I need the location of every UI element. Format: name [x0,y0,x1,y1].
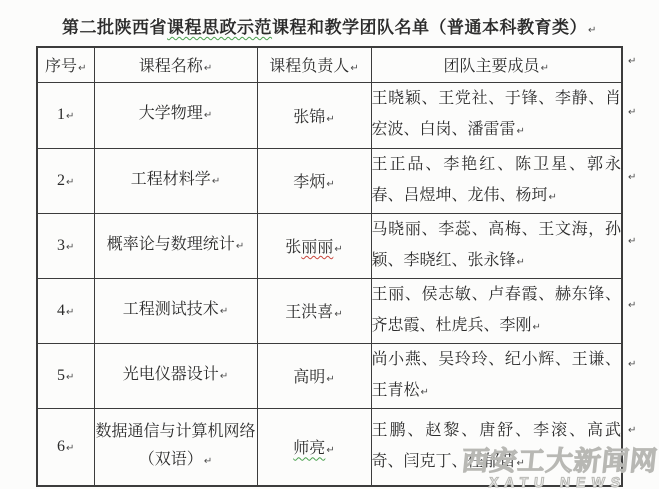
cell-leader: 高明↵ [257,343,371,408]
cell-course: 光电仪器设计↵ [94,343,257,408]
cell-members: 王丽、侯志敏、卢春霞、赫东锋、齐忠霞、杜虎兵、李刚↵ [371,278,622,343]
paragraph-mark-icon: ↵ [326,179,334,190]
document-page: { "page": { "title": { "pre": "第二批陕西省", … [0,0,659,489]
paragraph-mark-icon: ↵ [236,241,244,252]
course-name: 大学物理 [139,105,203,122]
watermark-chinese-text: 西安工大新闻网 [460,448,659,475]
cell-leader: 王洪喜↵ [257,278,371,343]
paragraph-mark-icon: ↵ [549,192,557,203]
cell-no: 2↵ [37,148,94,213]
paragraph-mark-icon: ↵ [541,63,549,74]
leader-name-spellcheck-marked: 师亮 [293,440,325,457]
leader-name: 高明 [293,369,325,386]
cell-leader: 张锦↵ [257,82,371,148]
cell-course: 大学物理↵ [94,82,257,148]
paragraph-mark-icon: ↵ [204,110,212,121]
cell-course: 工程测试技术↵ [94,278,257,343]
course-name: 数据通信与计算机网络（双语） [95,423,255,468]
course-name: 工程测试技术 [123,301,219,318]
end-of-row-mark: ↵ [628,172,636,183]
page-title: 第二批陕西省课程思政示范课程和教学团队名单（普通本科教育类）↵ [0,13,659,38]
col-header-label: 课程负责人 [269,58,349,75]
paragraph-mark-icon: ↵ [204,63,212,74]
cell-course: 数据通信与计算机网络（双语）↵ [94,408,257,486]
watermark-english-text: XATU NEWS [459,475,656,489]
paragraph-mark-icon: ↵ [78,63,86,74]
paragraph-mark-icon: ↵ [212,176,220,187]
col-header-label: 课程名称 [139,58,203,75]
leader-name: 王洪喜 [285,304,333,321]
leader-name: 李炳 [293,174,325,191]
paragraph-mark-icon: ↵ [350,63,358,74]
paragraph-mark-icon: ↵ [334,309,342,320]
title-text-wavy-underlined: 课程思政示范 [167,18,272,37]
paragraph-mark-icon: ↵ [220,306,228,317]
table-row: 5↵ 光电仪器设计↵ 高明↵ 尚小燕、吴玲玲、纪小辉、王谦、王青松↵ [37,343,622,408]
paragraph-mark-icon: ↵ [66,443,74,454]
end-of-row-mark: ↵ [628,56,636,67]
col-header-no: 序号↵ [37,47,94,82]
col-header-members: 团队主要成员↵ [371,47,622,82]
paragraph-mark-icon: ↵ [533,322,541,333]
leader-name-spellcheck-marked: 丽丽 [301,239,333,256]
paragraph-mark-icon: ↵ [204,456,212,467]
members-list: 马晓丽、李蕊、高梅、王文海，孙颖、李晓红、张永锋 [372,221,622,269]
paragraph-mark-icon: ↵ [66,111,74,122]
members-list: 王晓颖、王党社、于锋、李静、肖宏波、白岗、潘雷雷 [372,90,622,138]
paragraph-mark-icon: ↵ [326,114,334,125]
paragraph-mark-icon: ↵ [220,371,228,382]
leader-name: 张 [285,239,301,256]
end-of-row-mark: ↵ [628,236,636,247]
course-name: 概率论与数理统计 [107,236,235,253]
cell-members: 马晓丽、李蕊、高梅、王文海，孙颖、李晓红、张永锋↵ [371,213,622,278]
title-text-pre: 第二批陕西省 [62,18,167,37]
paragraph-mark-icon: ↵ [66,372,74,383]
cell-no: 5↵ [37,343,94,408]
row-number: 4 [57,302,65,319]
cell-members: 王正品、李艳红、陈卫星、郭永春、吕煜坤、龙伟、杨珂↵ [371,148,622,213]
cell-leader: 张丽丽↵ [257,213,371,278]
row-number: 3 [57,237,65,254]
cell-no: 3↵ [37,213,94,278]
end-of-row-mark: ↵ [628,359,636,370]
paragraph-mark-icon: ↵ [588,25,597,36]
table-header-row: 序号↵ 课程名称↵ 课程负责人↵ 团队主要成员↵ [37,47,622,82]
site-watermark: 西安工大新闻网 XATU NEWS [459,448,659,489]
paragraph-mark-icon: ↵ [517,257,525,268]
col-header-label: 序号 [45,58,77,75]
cell-no: 6↵ [37,408,94,486]
course-name: 光电仪器设计 [123,366,219,383]
row-number: 1 [57,106,65,123]
cell-leader: 师亮↵ [257,408,371,486]
table-row: 2↵ 工程材料学↵ 李炳↵ 王正品、李艳红、陈卫星、郭永春、吕煜坤、龙伟、杨珂↵ [37,148,622,213]
row-number: 5 [57,367,65,384]
row-number: 6 [57,438,65,455]
col-header-course: 课程名称↵ [94,47,257,82]
col-header-leader: 课程负责人↵ [257,47,371,82]
members-list: 王丽、侯志敏、卢春霞、赫东锋、齐忠霞、杜虎兵、李刚 [372,286,622,334]
col-header-label: 团队主要成员 [444,58,540,75]
end-of-row-mark: ↵ [628,425,636,436]
paragraph-mark-icon: ↵ [326,374,334,385]
cell-no: 1↵ [37,82,94,148]
members-list: 尚小燕、吴玲玲、纪小辉、王谦、王青松 [372,351,622,399]
end-of-row-mark: ↵ [628,107,636,118]
title-text-post: 课程和教学团队名单（普通本科教育类） [272,18,587,37]
members-list: 王正品、李艳红、陈卫星、郭永春、吕煜坤、龙伟、杨珂 [372,156,622,204]
cell-course: 工程材料学↵ [94,148,257,213]
end-of-row-mark: ↵ [628,300,636,311]
cell-no: 4↵ [37,278,94,343]
paragraph-mark-icon: ↵ [66,307,74,318]
paragraph-mark-icon: ↵ [421,387,429,398]
course-name: 工程材料学 [131,171,211,188]
cell-members: 尚小燕、吴玲玲、纪小辉、王谦、王青松↵ [371,343,622,408]
paragraph-mark-icon: ↵ [66,242,74,253]
paragraph-mark-icon: ↵ [326,445,334,456]
paragraph-mark-icon: ↵ [517,126,525,137]
leader-name: 张锦 [293,109,325,126]
table-row: 3↵ 概率论与数理统计↵ 张丽丽↵ 马晓丽、李蕊、高梅、王文海，孙颖、李晓红、张… [37,213,622,278]
row-number: 2 [57,172,65,189]
paragraph-mark-icon: ↵ [334,244,342,255]
table-row: 4↵ 工程测试技术↵ 王洪喜↵ 王丽、侯志敏、卢春霞、赫东锋、齐忠霞、杜虎兵、李… [37,278,622,343]
course-table-wrap: 序号↵ 课程名称↵ 课程负责人↵ 团队主要成员↵ 1↵ 大学物理↵ 张锦↵ 王晓… [36,46,636,487]
course-table: 序号↵ 课程名称↵ 课程负责人↵ 团队主要成员↵ 1↵ 大学物理↵ 张锦↵ 王晓… [36,46,623,487]
cell-course: 概率论与数理统计↵ [94,213,257,278]
paragraph-mark-icon: ↵ [66,177,74,188]
table-row: 1↵ 大学物理↵ 张锦↵ 王晓颖、王党社、于锋、李静、肖宏波、白岗、潘雷雷↵ [37,82,622,148]
cell-leader: 李炳↵ [257,148,371,213]
cell-members: 王晓颖、王党社、于锋、李静、肖宏波、白岗、潘雷雷↵ [371,82,622,148]
